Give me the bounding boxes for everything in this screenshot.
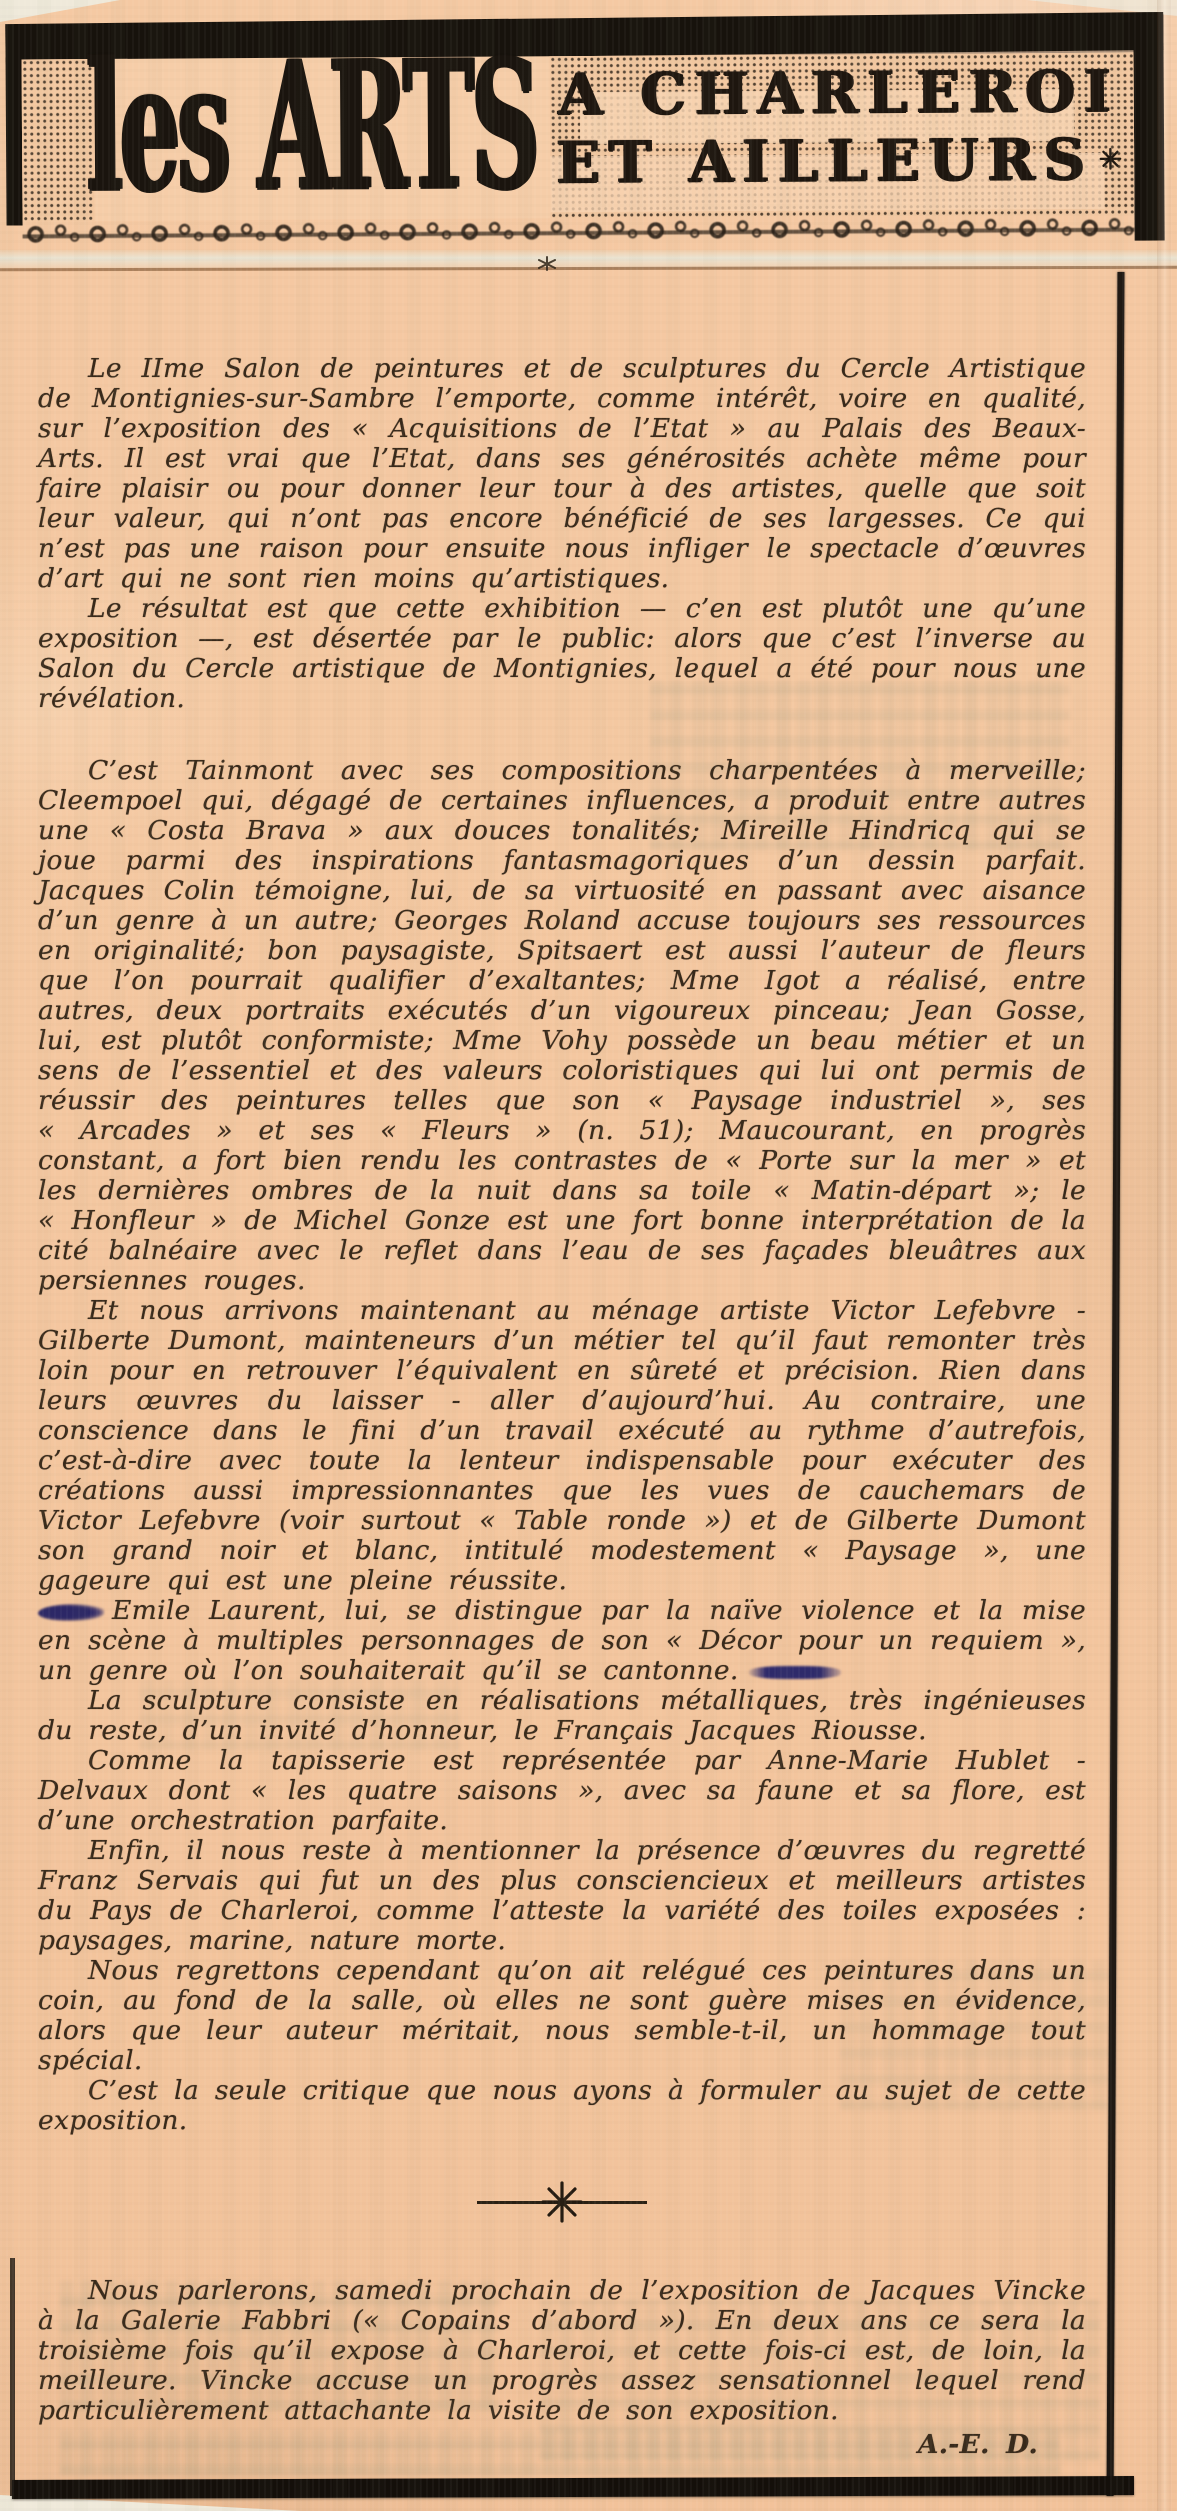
paragraph-5-text: Emile Laurent, lui, se distingue par la … — [38, 1595, 1086, 1686]
paragraph-1: Le IIme Salon de peintures et de sculptu… — [38, 354, 1086, 594]
printer-star-mark-icon — [536, 256, 558, 272]
column-rule-left — [10, 2258, 15, 2496]
paragraph-7: Comme la tapisserie est représentée par … — [38, 1746, 1086, 1836]
footer-paragraph: Nous parlerons, samedi prochain de l’exp… — [38, 2276, 1086, 2426]
masthead-title-les-arts: les ARTS — [85, 37, 537, 217]
section-divider — [477, 2180, 647, 2224]
paragraph-10: C’est la seule critique que nous ayons à… — [38, 2076, 1086, 2136]
paragraph-5: Emile Laurent, lui, se distingue par la … — [38, 1596, 1086, 1686]
masthead-left-rule — [6, 57, 23, 225]
column-rule-right — [1107, 272, 1125, 2496]
scroll-ornament-row — [23, 211, 1135, 252]
paragraph-4: Et nous arrivons maintenant au ménage ar… — [38, 1296, 1086, 1596]
newspaper-clipping: les ARTS A CHARLEROI ET AILLEURS — [0, 0, 1177, 2511]
paragraph-3: C’est Tainmont avec ses compositions cha… — [38, 756, 1086, 1296]
paragraph-2: Le résultat est que cette exhibition — c… — [38, 594, 1086, 714]
article-body: Le IIme Salon de peintures et de sculptu… — [38, 354, 1086, 2460]
bottom-rule — [12, 2476, 1134, 2499]
asterisk-star-icon — [1099, 130, 1122, 188]
paragraph-6: La sculpture consiste en réalisations mé… — [38, 1686, 1086, 1746]
subtitle-line-1: A CHARLEROI — [556, 63, 1122, 123]
signature: A.-E. D. — [38, 2430, 1086, 2460]
masthead: les ARTS A CHARLEROI ET AILLEURS — [0, 6, 1177, 257]
subtitle-line-2: ET AILLEURS — [556, 130, 1122, 191]
blue-ink-mark-end — [749, 1666, 841, 1679]
halftone-strip — [22, 59, 95, 221]
subtitle-line-2-text: ET AILLEURS — [556, 130, 1094, 190]
paper-crease — [1157, 0, 1171, 2511]
masthead-subtitle: A CHARLEROI ET AILLEURS — [556, 63, 1123, 191]
paragraph-8: Enfin, il nous reste à mentionner la pré… — [38, 1836, 1086, 1956]
blue-ink-mark-start — [38, 1604, 104, 1621]
divider-star-icon — [540, 2180, 584, 2224]
paragraph-9: Nous regrettons cependant qu’on ait relé… — [38, 1956, 1086, 2076]
